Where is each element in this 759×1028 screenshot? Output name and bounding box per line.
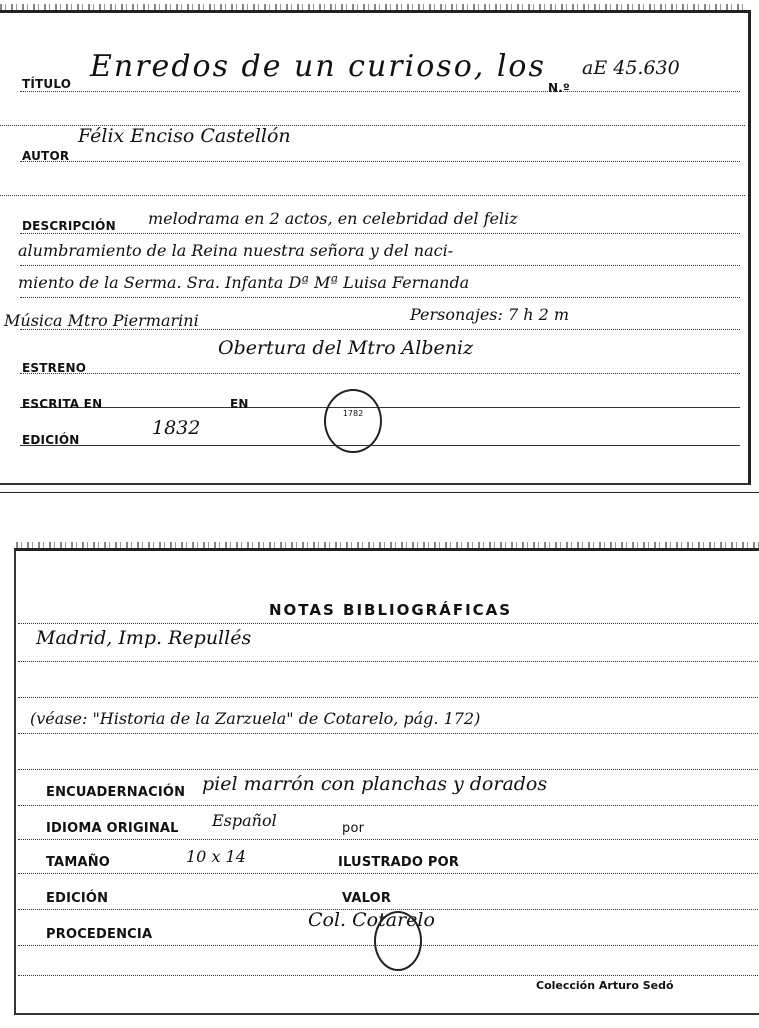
autor-value: Félix Enciso Castellón (78, 125, 291, 147)
idioma-original-value: Español (212, 811, 277, 830)
edicion-label-back: EDICIÓN (46, 891, 108, 906)
stamp-text: 1782 (326, 409, 380, 418)
rule-line (18, 945, 758, 946)
card-separator (0, 492, 759, 493)
descripcion-line-5: Personajes: 7 h 2 m (410, 305, 569, 324)
rule-line (20, 91, 740, 92)
descripcion-label: DESCRIPCIÓN (22, 219, 116, 233)
descripcion-line-4: Música Mtro Piermarini (4, 311, 199, 330)
rule-line (20, 265, 740, 266)
library-stamp: 1782 (324, 389, 382, 453)
edicion-label: EDICIÓN (22, 433, 80, 447)
rule-line (18, 805, 758, 806)
encuadernacion-value: piel marrón con planchas y dorados (202, 773, 547, 795)
note-line-1: Madrid, Imp. Repullés (36, 627, 251, 649)
descripcion-line-3: miento de la Serma. Sra. Infanta Dª Mª L… (18, 273, 469, 292)
rule-line (18, 661, 758, 662)
ilustrado-por-label: ILUSTRADO POR (338, 855, 459, 870)
idioma-original-label: IDIOMA ORIGINAL (46, 821, 179, 836)
descripcion-line-2: alumbramiento de la Reina nuestra señora… (18, 241, 453, 260)
scan-noise-edge (0, 4, 748, 10)
valor-label: VALOR (342, 891, 391, 906)
titulo-value: Enredos de un curioso, los (90, 49, 546, 84)
rule-line (20, 161, 740, 162)
notas-heading: NOTAS BIBLIOGRÁFICAS (269, 601, 512, 619)
rule-line (20, 445, 740, 446)
rule-line (18, 623, 758, 624)
procedencia-label: PROCEDENCIA (46, 927, 152, 942)
numero-value: aE 45.630 (582, 57, 680, 79)
encuadernacion-label: ENCUADERNACIÓN (46, 785, 185, 800)
rule-line (18, 975, 758, 976)
edicion-value: 1832 (152, 417, 200, 439)
rule-line (20, 297, 740, 298)
note-line-2: (véase: "Historia de la Zarzuela" de Cot… (30, 709, 480, 728)
collection-footer: Colección Arturo Sedó (536, 979, 674, 992)
en-label: EN (230, 397, 249, 411)
rule-line (20, 373, 740, 374)
catalog-card-back: NOTAS BIBLIOGRÁFICAS Madrid, Imp. Repull… (14, 548, 759, 1015)
autor-label: AUTOR (22, 149, 69, 163)
tamano-value: 10 x 14 (186, 847, 246, 866)
rule-line (18, 839, 758, 840)
por-label: por (342, 821, 364, 836)
rule-line (18, 873, 758, 874)
descripcion-line-1: melodrama en 2 actos, en celebridad del … (148, 209, 518, 228)
rule-line (20, 233, 740, 234)
rule-line (18, 697, 758, 698)
tamano-label: TAMAÑO (46, 855, 110, 870)
library-stamp-back (374, 911, 422, 971)
escrita-en-label: ESCRITA EN (22, 397, 102, 411)
titulo-label: TÍTULO (22, 77, 71, 91)
scan-noise-edge (16, 542, 759, 548)
rule-line (18, 733, 758, 734)
estreno-value: Obertura del Mtro Albeniz (218, 337, 473, 359)
rule-line (0, 195, 745, 196)
rule-line (20, 407, 740, 408)
estreno-label: ESTRENO (22, 361, 86, 375)
rule-line (18, 769, 758, 770)
catalog-card-front: TÍTULO Enredos de un curioso, los N.º aE… (0, 10, 751, 485)
numero-label: N.º (548, 81, 570, 95)
